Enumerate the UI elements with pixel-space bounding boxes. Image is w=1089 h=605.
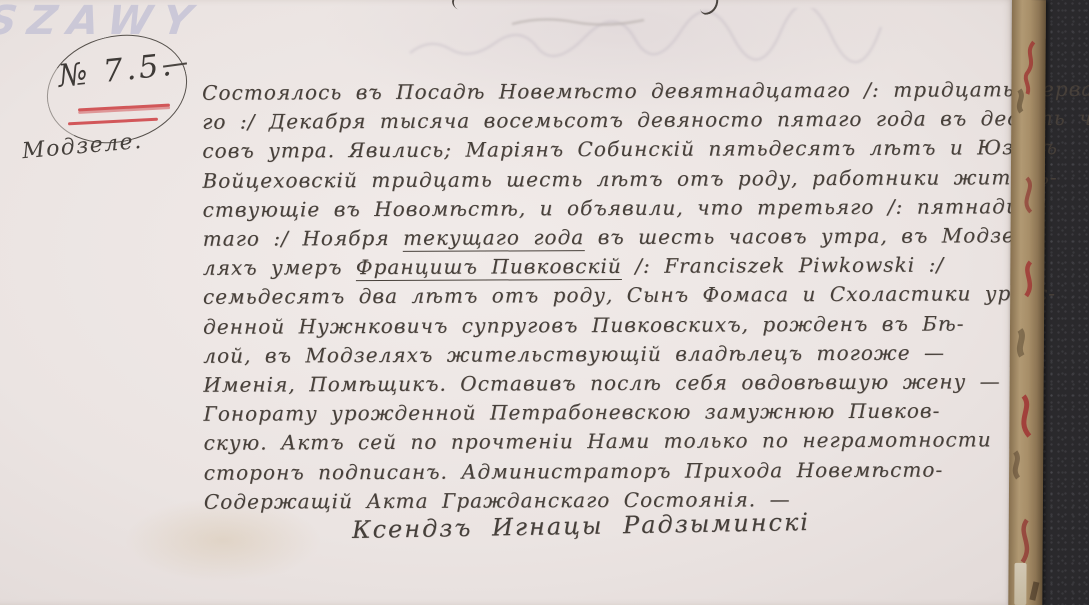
manuscript-line: ляхъ умеръ Францишъ Пивковскій /: Franci… (203, 250, 1015, 283)
manuscript-text: таго :/ Ноября (203, 226, 403, 251)
manuscript-text: скую. Актъ сей по прочтеніи Нами только … (204, 428, 992, 455)
manuscript-line: Состоялось въ Посадѣ Новемѣсто девятнадц… (202, 75, 1014, 108)
manuscript-text: ствующіе въ Новомѣстѣ, и объявили, что т… (203, 194, 1042, 222)
document-scan: SZAWY № 7.5. Модзеле. Состоялось въ Поса… (0, 0, 1089, 605)
manuscript-text: Состоялось въ Посадѣ Новемѣсто девятнадц… (202, 77, 1089, 105)
manuscript-text: Войцеховскій тридцать шесть лѣтъ отъ род… (202, 165, 1057, 193)
page-edge-sliver (1014, 563, 1026, 605)
manuscript-line: Именія, Помѣщикъ. Оставивъ послѣ себя ов… (203, 367, 1015, 400)
binding-edge (1008, 0, 1046, 605)
manuscript-text: /: Franciszek Piwkowski :/ (622, 253, 944, 278)
manuscript-line: Войцеховскій тридцать шесть лѣтъ отъ род… (202, 163, 1014, 196)
manuscript-text: лой, въ Модзеляхъ жительствующій владѣле… (203, 340, 945, 367)
manuscript-line: сторонъ подписанъ. Администраторъ Приход… (204, 455, 1016, 488)
manuscript-line: лой, въ Модзеляхъ жительствующій владѣле… (203, 338, 1015, 371)
manuscript-line: Гонорату урожденной Петрабоневскою замуж… (203, 396, 1015, 429)
ghost-bleedthrough (400, 8, 920, 68)
manuscript-text: денной Нужнковичъ супруговъ Пивковскихъ,… (203, 311, 964, 338)
manuscript-line: таго :/ Ноября текущаго года въ шесть ча… (203, 221, 1015, 254)
manuscript-line: ствующіе въ Новомѣстѣ, и объявили, что т… (203, 192, 1015, 225)
manuscript-text: въ шесть часовъ утра, въ Модзе- (584, 223, 1023, 249)
manuscript-text: Гонорату урожденной Петрабоневскою замуж… (203, 399, 940, 426)
manuscript-line: скую. Актъ сей по прочтеніи Нами только … (204, 426, 1016, 459)
manuscript-line: денной Нужнковичъ супруговъ Пивковскихъ,… (203, 309, 1015, 342)
red-edge-marks (1008, 0, 1046, 605)
underlined-phrase: Францишъ Пивковскій (356, 254, 622, 281)
manuscript-body: Состоялось въ Посадѣ Новемѣсто девятнадц… (202, 75, 1016, 517)
manuscript-text: ляхъ умеръ (203, 255, 356, 280)
manuscript-line: семьдесятъ два лѣтъ отъ роду, Сынъ Фомас… (203, 280, 1015, 313)
manuscript-text: совъ утра. Явились; Маріянъ Собинскій пя… (202, 135, 1058, 163)
manuscript-text: го :/ Декабря тысяча восемьсотъ девяност… (202, 106, 1089, 134)
underlined-phrase: текущаго года (403, 225, 584, 252)
manuscript-text: Именія, Помѣщикъ. Оставивъ послѣ себя ов… (203, 369, 1000, 396)
manuscript-text: сторонъ подписанъ. Администраторъ Приход… (204, 457, 944, 484)
manuscript-line: го :/ Декабря тысяча восемьсотъ девяност… (202, 104, 1014, 137)
manuscript-text: семьдесятъ два лѣтъ отъ роду, Сынъ Фомас… (203, 281, 1056, 309)
manuscript-line: совъ утра. Явились; Маріянъ Собинскій пя… (202, 134, 1014, 167)
